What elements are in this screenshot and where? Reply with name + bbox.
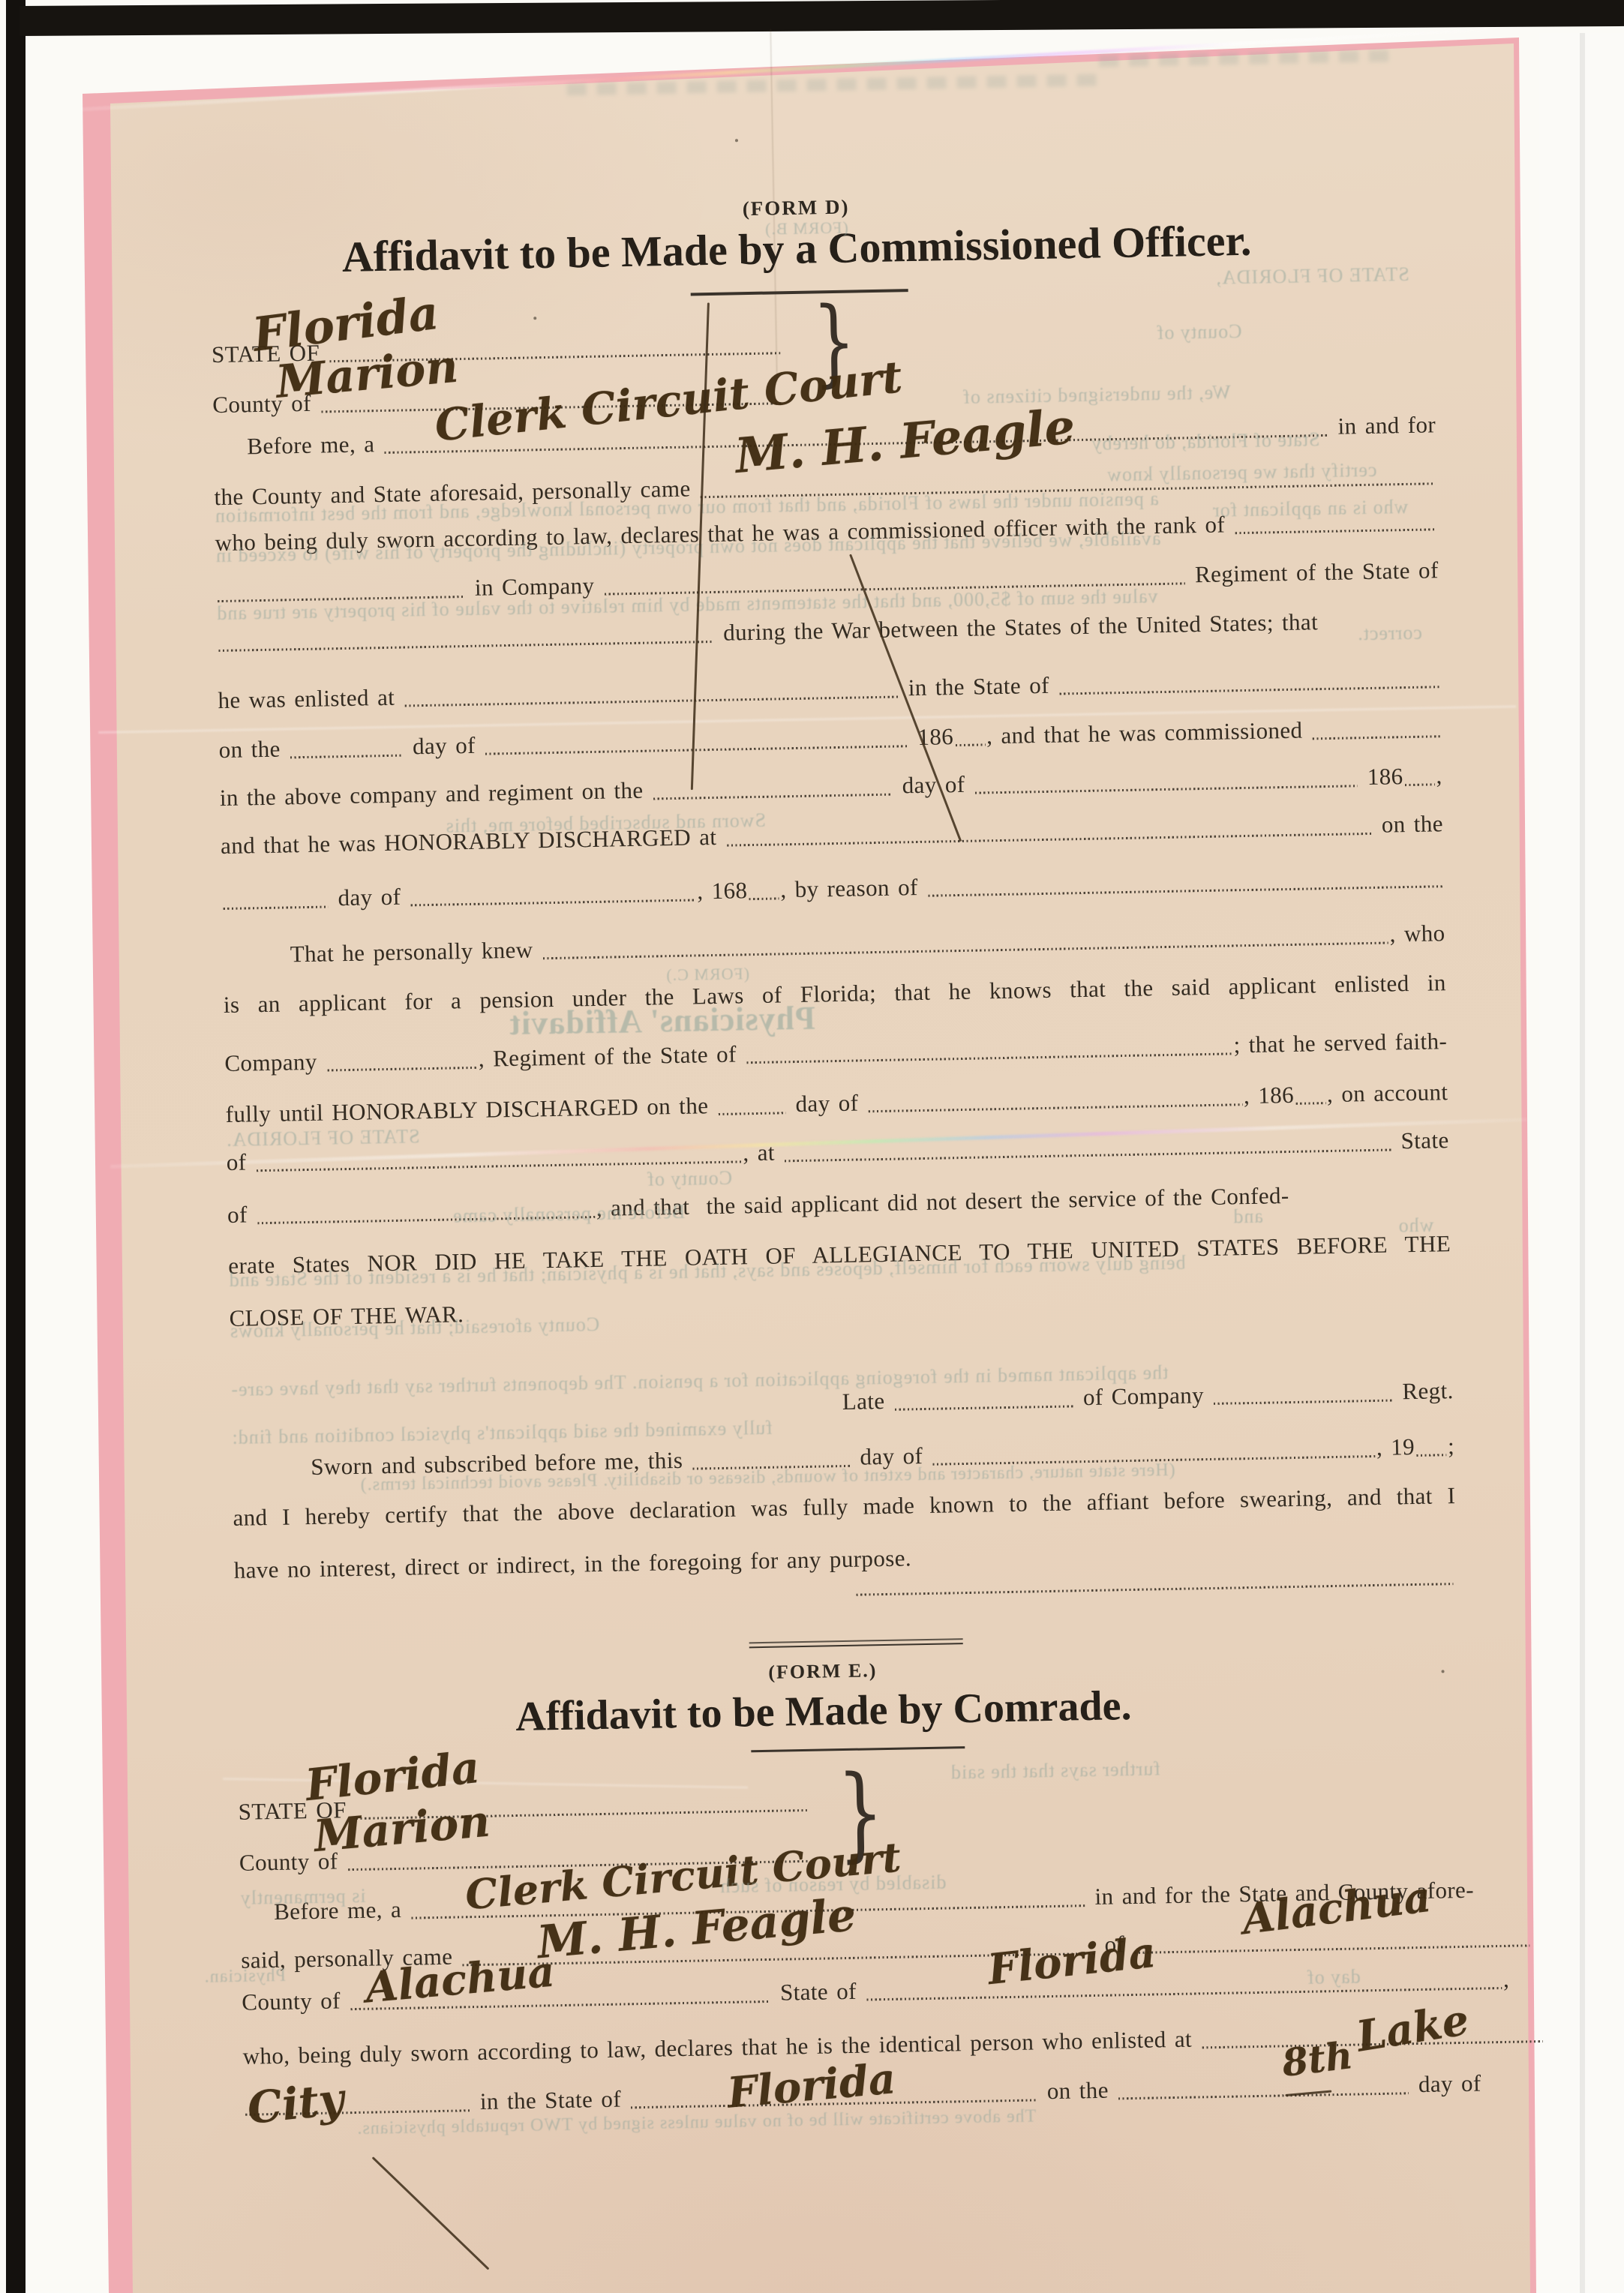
bleed-through-text: fully examined the said applicant's phys… — [231, 1417, 773, 1449]
pen-stroke — [372, 2156, 490, 2270]
blank-dotted-line — [749, 897, 779, 900]
printed-text: Regiment of the State of — [1187, 557, 1439, 588]
printed-text: State — [1392, 1127, 1449, 1154]
printed-text: , 186 — [1244, 1082, 1295, 1109]
form-line: Company , Regiment of the State of ; tha… — [224, 1028, 1447, 1077]
printed-text: County of — [242, 1987, 349, 2015]
printed-text: in the State of — [899, 672, 1058, 701]
printed-text: on the — [1373, 810, 1443, 838]
printed-text: , 168 — [697, 877, 748, 905]
bleed-smudge — [1099, 50, 1399, 67]
form-line: That he personally knew , who — [290, 920, 1445, 968]
section-divider-double-rule — [749, 1643, 963, 1648]
form-line: in the above company and regiment on the… — [220, 762, 1442, 812]
title-rule-e — [751, 1746, 965, 1752]
printed-text: Regt. — [1394, 1377, 1454, 1405]
bleed-through-text: STATE OF FLORIDA. — [226, 1125, 420, 1151]
form-line — [855, 1583, 1455, 1600]
bleed-through-text: County of — [1157, 320, 1242, 344]
blank-dotted-line — [224, 905, 329, 910]
form-line-justified: is an applicant for a pension under the … — [224, 969, 1446, 1019]
form-line: fully until HONORABLY DISCHARGED on the … — [225, 1079, 1448, 1128]
bleed-through-text: Physicians' Affidavit — [509, 999, 815, 1043]
blank-dotted-line — [746, 1052, 1232, 1064]
blank-dotted-line — [955, 743, 985, 746]
bleed-through-layer: (FORM B.)STATE OF FLORIDA,County ofWe, t… — [0, 0, 1604, 5]
printed-text: of — [227, 1148, 255, 1175]
bleed-through-text: day of — [1307, 1965, 1361, 1988]
blank-dotted-line — [1118, 2092, 1409, 2099]
blank-dotted-line — [928, 885, 1442, 897]
blank-dotted-line — [1405, 783, 1435, 786]
printed-text: Late — [842, 1388, 893, 1415]
printed-text: during the War between the States of the… — [715, 608, 1319, 646]
printed-text: day of — [329, 883, 410, 911]
printed-text: Company — [224, 1049, 326, 1077]
form-line: day of , 168, by reason of — [221, 864, 1444, 914]
printed-text: , at — [743, 1139, 783, 1166]
printed-text: , who — [1389, 920, 1445, 947]
printed-text: State of — [772, 1978, 866, 2006]
printed-text: fully until HONORABLY DISCHARGED on the — [225, 1092, 716, 1128]
printed-text: day of — [787, 1089, 867, 1118]
blank-dotted-line — [1214, 1399, 1392, 1404]
blank-dotted-line — [218, 641, 713, 652]
bleed-through-text: State of Florida, do hereby — [1091, 428, 1319, 455]
blank-dotted-line — [1134, 1944, 1529, 1954]
printed-text: he was enlisted at — [218, 684, 403, 714]
bleed-through-text: and — [1232, 1205, 1263, 1229]
printed-text: 186 — [1358, 763, 1403, 791]
blank-dotted-line — [857, 1583, 1454, 1596]
bleed-through-text: STATE OF FLORIDA, — [1215, 263, 1409, 290]
printed-text: , by reason of — [780, 874, 926, 903]
printed-text: ; — [1448, 1433, 1455, 1460]
blank-dotted-line — [1059, 686, 1439, 695]
printed-text: on the — [218, 735, 289, 763]
form-d: STATE OF County of Before me, a in and f… — [0, 0, 1604, 5]
blank-dotted-line — [327, 1066, 477, 1071]
form-line: have no interest, direct or indirect, in… — [233, 1535, 1456, 1584]
blank-dotted-line — [1313, 735, 1440, 740]
form-line: and that he was HONORABLY DISCHARGED at … — [221, 810, 1443, 860]
bleed-through-text: is permanently — [240, 1885, 366, 1910]
bleed-through-text: disabled by reason of such — [719, 1871, 946, 1898]
bleed-through-text: Before me personally came — [452, 1201, 686, 1228]
holographic-crease-top — [80, 28, 1488, 112]
bleed-through-text: We, the undersigned citizens of — [962, 381, 1231, 409]
printed-text: day of — [1409, 2070, 1481, 2098]
form-e: STATE OF County of Before me, a in and f… — [0, 0, 1604, 5]
printed-text: , Regiment of the State of — [479, 1040, 746, 1072]
handwritten-entry: City — [245, 2073, 347, 2134]
handwritten-entry: 8th — [1280, 2033, 1355, 2085]
blank-dotted-line — [543, 941, 1388, 959]
printed-text: , on account — [1327, 1079, 1448, 1108]
form-line: of , and that the said applicant did not… — [227, 1179, 1450, 1229]
printed-text: in and for — [1329, 411, 1436, 440]
blank-dotted-line — [895, 1405, 1073, 1410]
printed-text: ; that he served faith- — [1233, 1028, 1447, 1058]
printed-text: Before me, a — [247, 431, 383, 460]
form-line: he was enlisted at in the State of — [218, 665, 1440, 714]
bleed-through-text: further says that the said — [950, 1757, 1161, 1784]
scanned-document: (FORM D) Affidavit to be Made by a Commi… — [0, 0, 1624, 2293]
bleed-through-text: (FORM B.) — [764, 218, 848, 239]
printed-text: That he personally knew — [290, 936, 542, 968]
paper-speck — [533, 317, 536, 320]
printed-text: in the above company and regiment on the — [220, 777, 652, 812]
handwritten-entry: Florida — [725, 2054, 898, 2118]
printed-text: of — [227, 1201, 256, 1228]
bleed-through-text: Physician. — [203, 1966, 286, 1988]
blank-dotted-line — [869, 1103, 1243, 1112]
printed-text: day of — [404, 732, 485, 761]
blank-dotted-line — [1416, 1454, 1446, 1457]
blank-dotted-line — [975, 785, 1358, 794]
paper-speck — [735, 139, 738, 142]
page-content-layer: (FORM D) Affidavit to be Made by a Commi… — [0, 0, 1624, 2293]
blank-dotted-line — [1235, 528, 1436, 534]
blank-dotted-line — [866, 1987, 1502, 2001]
blank-dotted-line — [653, 793, 893, 800]
title-rule-d — [691, 289, 908, 296]
printed-text: , and that he was commissioned — [986, 716, 1311, 749]
bleed-through-text: who is an applicant for — [1212, 496, 1409, 522]
blank-dotted-line — [405, 695, 899, 707]
printed-text: , — [1503, 1966, 1510, 1993]
blank-dotted-line — [485, 745, 908, 755]
printed-text: on the — [1038, 2076, 1117, 2105]
blank-dotted-line — [719, 1112, 786, 1115]
bleed-through-text: correct. — [1357, 622, 1422, 646]
printed-text: who, being duly sworn according to law, … — [242, 2025, 1200, 2069]
printed-text: in the State of — [472, 2085, 630, 2114]
fold-crease-lower — [223, 1778, 748, 1789]
printed-text: of Company — [1074, 1382, 1212, 1411]
pen-stroke-layer — [0, 0, 1604, 5]
handwritten-entry: Lake — [1353, 1995, 1472, 2062]
printed-text: , — [1436, 762, 1442, 789]
bleed-through-text: (FORM C.) — [665, 964, 749, 985]
blank-dotted-line — [290, 754, 403, 758]
form-line: on the day of 186, and that he was commi… — [218, 714, 1441, 764]
blank-dotted-line — [785, 1148, 1391, 1162]
blank-dotted-line — [727, 833, 1372, 847]
handwriting-layer: FloridaMarionClerk Circuit CourtM. H. Fe… — [0, 0, 1604, 5]
printed-text: have no interest, direct or indirect, in… — [233, 1544, 911, 1583]
blank-dotted-line — [411, 899, 696, 906]
bleed-through-text: County of — [647, 1167, 732, 1191]
bleed-through-text: who — [1397, 1214, 1433, 1238]
printed-text: , 19 — [1376, 1433, 1415, 1461]
blank-dotted-line — [1295, 1102, 1325, 1105]
